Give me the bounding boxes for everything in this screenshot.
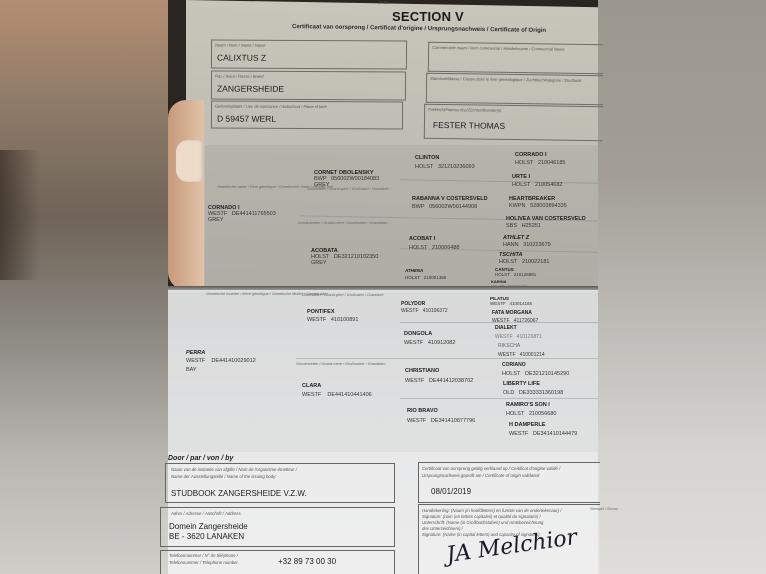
gen3-entry: DONGOLA WESTF 410912082: [404, 331, 455, 346]
validation-date: 08/01/2019: [431, 487, 471, 497]
gen4-entry: CORRADO I HOLST 210046185: [515, 152, 565, 166]
blurred-background-right: [598, 0, 766, 574]
address-line-2: BE - 3620 LANAKEN: [169, 532, 244, 542]
studbook-class-label: Stamboekklasse / Classe dans le livre gé…: [430, 76, 581, 83]
gen4-entry: HEARTBREAKER KWPN 528003894335: [509, 196, 567, 209]
issuing-body-value: STUDBOOK ZANGERSHEIDE V.Z.W.: [171, 489, 307, 499]
phone-field: Telefoonnummer / N° de téléphone / Telef…: [160, 550, 395, 574]
thumb: [168, 100, 204, 290]
separator: [296, 358, 598, 359]
name-value: CALIXTUS Z: [217, 53, 266, 63]
gen4-entry: LIBERTY LIFE OLD DE333331360198: [503, 381, 563, 396]
sire-entry: CORNADO I WESTF DE441411765503 GREY: [208, 205, 276, 223]
sire-dam-entry: ACOBATA HOLST DE321210102350 GREY: [311, 248, 378, 266]
validation-date-field: Certificaat van oorsprong geldig verklaa…: [418, 462, 600, 503]
place-of-birth-label: Geboorteplaats / Lieu de naissance / Geb…: [215, 104, 327, 110]
breeder-field: Fokker(s)/Naisseur(s)/Züchter/Breeder(s)…: [424, 104, 603, 141]
grandsire-label-bottom: Grootvader / Grand-père / Großvater / Gr…: [302, 293, 384, 297]
place-of-birth-value: D 59457 WERL: [217, 114, 276, 124]
address-field: Adres / Adresse / Anschrift / Address Do…: [160, 507, 395, 547]
gen4-entry: CORIANO HOLST DE321210145290: [502, 362, 569, 377]
gen3-entry: CHRISTIANO WESTF DE441412038702: [405, 368, 473, 384]
granddam-label-top: Grootmoeder / Grand-mère / Großmutter / …: [298, 221, 388, 225]
page-number: 24/36: [378, 0, 388, 5]
validation-label: Certificaat van oorsprong geldig verklaa…: [422, 466, 560, 479]
commercial-name-label: Commerciele naam / Nom commercial / Hand…: [432, 45, 565, 52]
stamp-label: Stempel / Sceau: [590, 507, 618, 511]
issued-by-heading: Door / par / von / by: [168, 455, 233, 462]
gen4-entry: RAMIRO'S SON I HOLST 210056680: [506, 402, 556, 417]
gen3-entry: CLINTON HOLST 321210236093: [415, 155, 475, 170]
address-label: Adres / Adresse / Anschrift / Address: [171, 511, 241, 518]
passport-spine: [168, 286, 598, 290]
thumb-nail: [176, 140, 204, 182]
sire-sire-entry: CORNET OBOLENSKY BWP 056002W00184083 GRE…: [314, 170, 379, 188]
separator: [400, 398, 598, 399]
address-line-1: Domein Zangersheide: [169, 522, 248, 532]
gen4-entry: PILATUS WESTF 410014165: [490, 296, 532, 306]
breed-value: ZANGERSHEIDE: [217, 84, 284, 94]
gen3-entry: POLYDOR WESTF 410196372: [401, 301, 448, 314]
gen4-entry: CANTUS HOLST 210126881: [495, 267, 536, 277]
dam-dam-entry: CLARA WESTF DE441410441406: [302, 383, 372, 398]
breed-label: Ras / Race / Rasse / Breed: [215, 74, 263, 79]
gen4-entry: H DAMPERLE WESTF DE341410144479: [509, 422, 577, 437]
dam-sire-entry: PONTIFEX WESTF 410100891: [307, 309, 358, 323]
name-label: Naam / Nom / Name / Name: [215, 43, 265, 48]
issuing-body-label: Naam van de instantie van afgifte / Nom …: [171, 467, 297, 480]
name-field: Naam / Nom / Name / Name CALIXTUS Z: [211, 39, 407, 69]
gen4-entry: DIALEKT WESTF 410126871: [495, 325, 542, 340]
phone-value: +32 89 73 00 30: [278, 557, 336, 567]
place-of-birth-field: Geboorteplaats / Lieu de naissance / Geb…: [211, 100, 403, 129]
gen4-entry: FATA MORGANA WESTF 411726067: [492, 310, 538, 324]
gen4-entry: RIKSCHA WESTF 410001214: [498, 343, 545, 358]
commercial-name-field: Commerciele naam / Nom commercial / Hand…: [428, 42, 603, 74]
breeder-label: Fokker(s)/Naisseur(s)/Züchter/Breeder(s): [428, 107, 501, 113]
granddam-label-bottom: Grootmoeder / Grand-mère / Großmutter / …: [296, 362, 386, 366]
breeder-value: FESTER THOMAS: [433, 120, 505, 131]
phone-label: Telefoonnummer / N° de téléphone / Telef…: [169, 553, 238, 566]
gen4-entry: TSCHITA HOLST 210022181: [499, 252, 549, 265]
gen3-entry: RABANNA V COSTERSVELD BWP 056002W0014490…: [412, 196, 488, 210]
gen4-entry: ATHLET Z HANN 310223679: [503, 235, 551, 248]
studbook-class-field: Stamboekklasse / Classe dans le livre gé…: [426, 73, 603, 105]
section-title: SECTION V: [392, 9, 464, 24]
blurred-background-left: [0, 0, 168, 574]
issuing-body-field: Naam van de instantie van afgifte / Nom …: [165, 463, 395, 503]
gen3-entry: ATHENA HOLST 210001386: [405, 268, 446, 280]
gen4-entry: HOLIVEA VAN COSTERSVELD SBS H25251: [506, 216, 586, 229]
breed-field: Ras / Race / Rasse / Breed ZANGERSHEIDE: [211, 70, 406, 100]
dam-entry: PERRA WESTF DE441410029012 BAY: [186, 350, 256, 373]
gen3-entry: RIO BRAVO WESTF DE341410877796: [407, 408, 475, 424]
gen3-entry: ACOBAT I HOLST 210006488: [409, 236, 459, 251]
gen4-entry: URTE I HOLST 210054682: [512, 174, 562, 188]
